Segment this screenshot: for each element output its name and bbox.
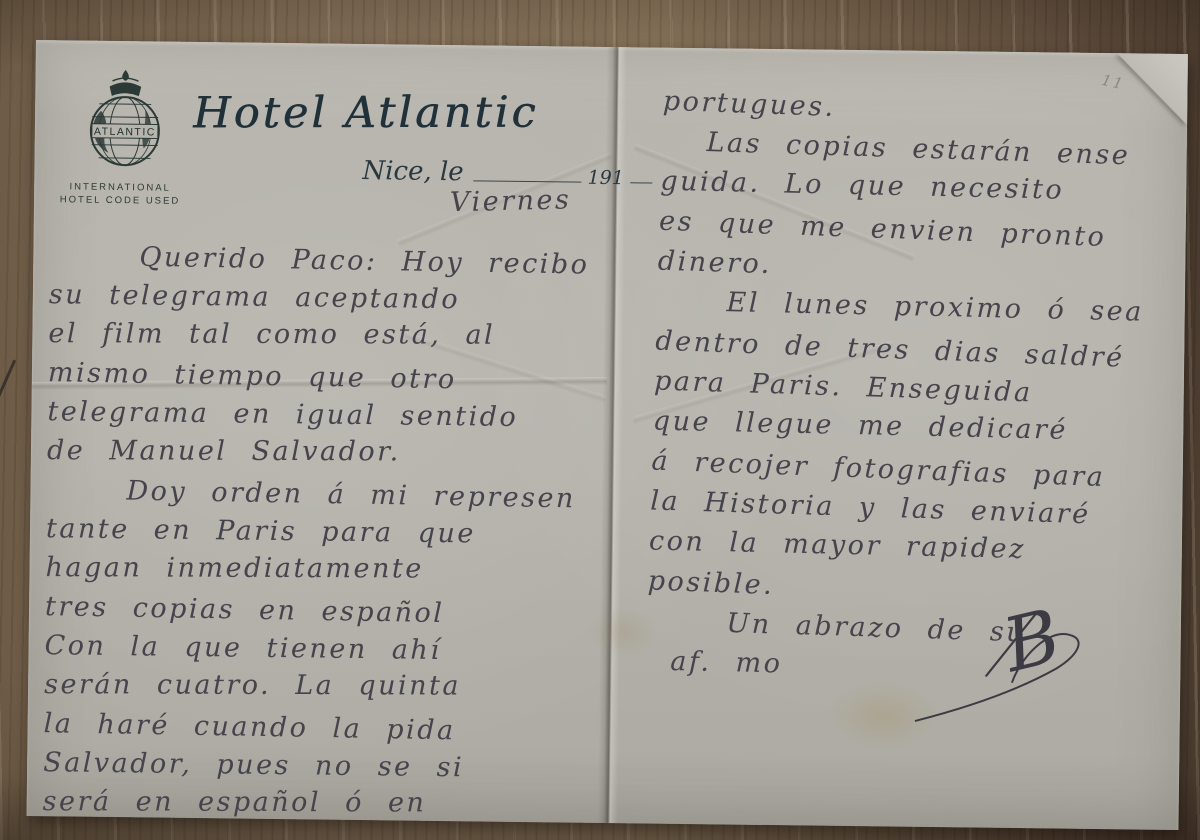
letter-line: serán cuatro. La quinta — [44, 665, 622, 706]
date-blank-rule — [474, 180, 582, 182]
page-number: 11 — [1100, 71, 1126, 94]
letter-line: el film tal como está, al — [48, 314, 626, 355]
hotel-atlantic-globe-logo: ATLANTIC — [78, 69, 171, 186]
letter-line: será en español ó en — [43, 782, 621, 823]
hotel-name-script: Hotel Atlantic — [193, 88, 538, 139]
date-place-label: Nice, le — [362, 156, 464, 187]
letter-line: hagan inmediatamente — [45, 548, 623, 589]
caption-line-2: HOTEL CODE USED — [48, 193, 192, 208]
printed-date-line: Nice, le 191 — [362, 156, 658, 190]
date-blank-rule-short — [630, 182, 652, 183]
crown-icon — [110, 71, 140, 95]
letter-paper: ATLANTIC INTERNATIONAL HOTEL CODE USED H… — [27, 40, 1188, 830]
letterhead-caption: INTERNATIONAL HOTEL CODE USED — [48, 180, 192, 208]
handwritten-day: Viernes — [450, 184, 572, 218]
date-year-prefix: 191 — [587, 167, 624, 189]
globe-icon: ATLANTIC — [90, 97, 159, 166]
signature: B — [907, 589, 1169, 772]
letter-body-left-page: Querido Paco: Hoy recibo su telegrama ac… — [42, 236, 627, 828]
letter-line: de Manuel Salvador. — [47, 431, 625, 472]
logo-banner-text: ATLANTIC — [94, 126, 156, 139]
